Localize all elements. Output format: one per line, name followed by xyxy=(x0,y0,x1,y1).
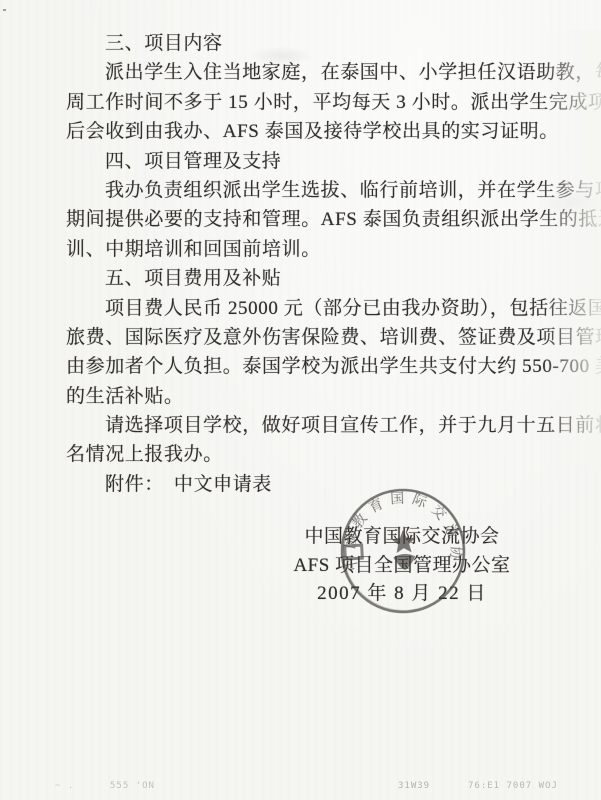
stamp-emblem-icon xyxy=(393,553,416,570)
doc-line: 派出学生入住当地家庭，在泰国中、小学担任汉语助教，每 xyxy=(66,58,594,87)
scanned-document-page: 三、项目内容 派出学生入住当地家庭，在泰国中、小学担任汉语助教，每 周工作时间不… xyxy=(0,0,601,800)
doc-line: 后会收到由我办、AFS 泰国及接待学校出具的实习证明。 xyxy=(66,117,594,146)
doc-line: 期间提供必要的支持和管理。AFS 泰国负责组织派出学生的抵达培 xyxy=(66,205,594,234)
fax-footer-mark: ~ . xyxy=(55,781,74,791)
doc-line: 请选择项目学校，做好项目宣传工作，并于九月十五日前将报 xyxy=(66,411,594,440)
fax-page-number: 555 'ON xyxy=(110,781,155,791)
doc-line: 训、中期培训和回国前培训。 xyxy=(66,235,594,264)
fax-timestamp: 76:E1 7007 WOJ xyxy=(468,781,558,791)
section-heading: 三、项目内容 xyxy=(66,29,594,58)
doc-line: 我办负责组织派出学生选拔、临行前培训，并在学生参与项目 xyxy=(66,176,594,205)
doc-line: 由参加者个人负担。泰国学校为派出学生共支付大约 550-700 美元 xyxy=(66,352,594,381)
document-body: 三、项目内容 派出学生入住当地家庭，在泰国中、小学担任汉语助教，每 周工作时间不… xyxy=(66,29,594,499)
scan-speck xyxy=(3,9,6,11)
doc-line: 周工作时间不多于 15 小时，平均每天 3 小时。派出学生完成项目 xyxy=(66,88,594,117)
section-heading: 五、项目费用及补贴 xyxy=(66,264,594,293)
doc-line: 名情况上报我办。 xyxy=(66,440,594,469)
fax-footer: ~ . 555 'ON 31W39 76:E1 7007 WOJ xyxy=(0,781,601,797)
section-heading: 四、项目管理及支持 xyxy=(66,147,594,176)
official-round-seal: 中国教育国际交流协会 xyxy=(329,477,476,624)
fax-station-id: 31W39 xyxy=(398,781,430,791)
stamp-star-icon xyxy=(391,529,416,553)
doc-line: 项目费人民币 25000 元（部分已由我办资助），包括往返国际 xyxy=(66,294,594,323)
doc-line: 的生活补贴。 xyxy=(66,382,594,411)
doc-line: 旅费、国际医疗及意外伤害保险费、培训费、签证费及项目管理费， xyxy=(66,323,594,352)
